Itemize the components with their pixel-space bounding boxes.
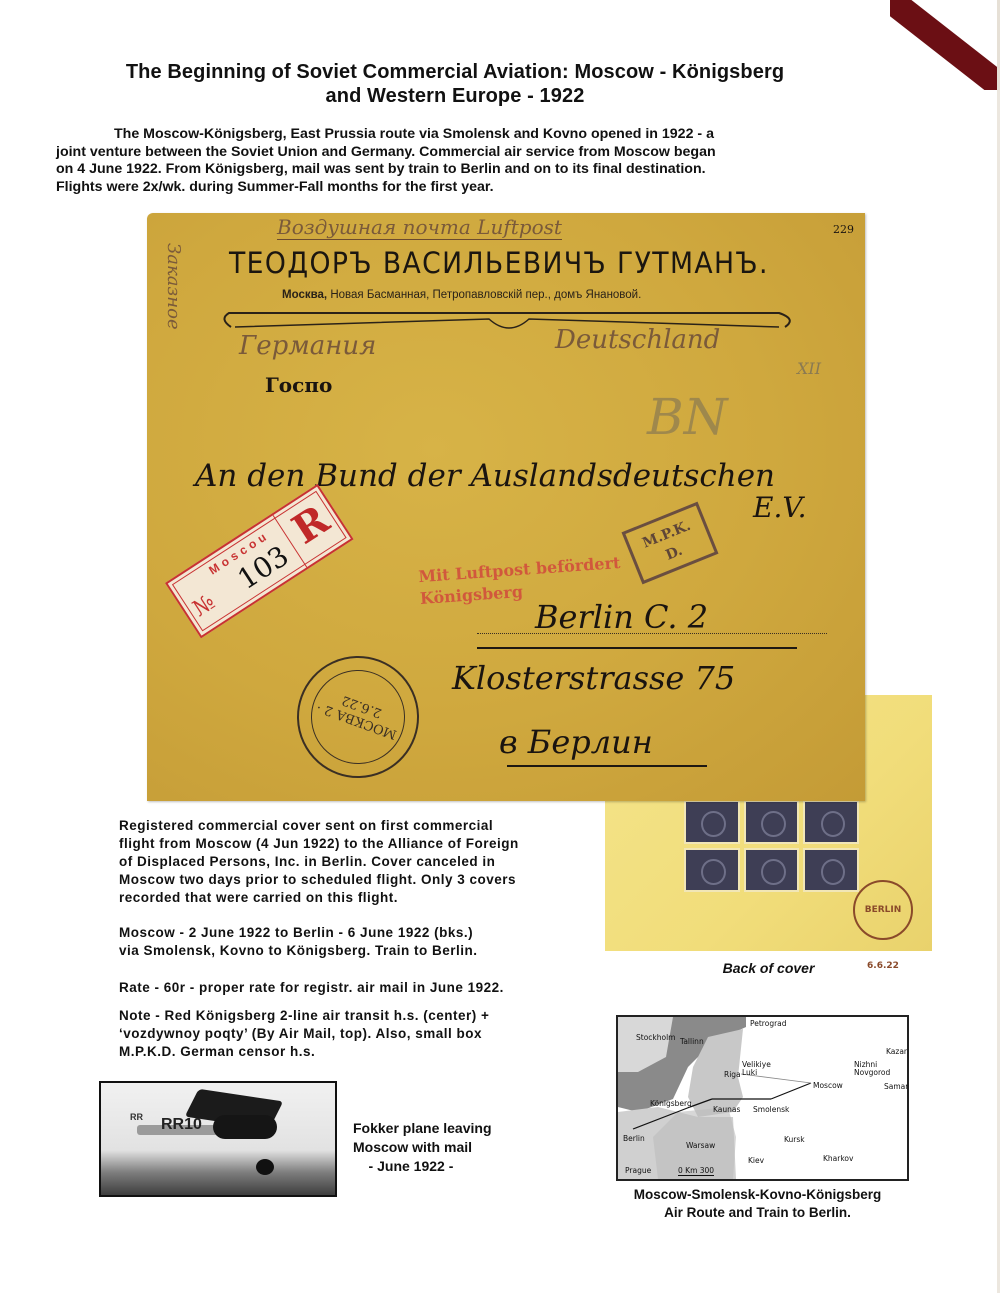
cover-front-image: Воздушная почта Luftpost 229 Заказное ТЕ… [147,213,865,801]
map-city-prague: Prague [625,1166,651,1175]
airmail-handwriting: Воздушная почта Luftpost [277,215,562,240]
title-line-1: The Beginning of Soviet Commercial Aviat… [0,60,910,84]
plane-engine [213,1115,277,1139]
pencil-initials: BN [647,388,728,446]
map-city-kharkov: Kharkov [823,1154,853,1163]
letterhead-street: Новая Басманная, Петропавловскій пер., д… [330,289,641,301]
map-city-petrograd: Petrograd [750,1019,787,1028]
map-caption-line-2: Air Route and Train to Berlin. [600,1204,915,1222]
plane-tail-mark: RR [130,1112,143,1122]
description-paragraph-2: Moscow - 2 June 1922 to Berlin - 6 June … [119,924,599,960]
description-note: Note - Red Königsberg 2-line air transit… [119,1007,599,1061]
stamp [744,848,800,892]
registration-label: Moscou № 103 R [165,484,354,638]
stamp [803,848,859,892]
map-scale: 0 Km 300 [678,1166,714,1176]
map-city-kiev: Kiev [748,1156,764,1165]
stamp [684,848,740,892]
intro-line-1: The Moscow-Königsberg, East Prussia rout… [114,126,714,142]
letterhead-address: Москва, Новая Басманная, Петропавловскій… [282,289,641,301]
map-city-velikiye-luki: Velikiye Luki [742,1061,782,1077]
letterhead-city: Москва, [282,289,327,301]
intro-line-4: Flights were 2x/wk. during Summer-Fall m… [56,179,906,197]
stamp-block [684,800,859,892]
description-paragraph-1: Registered commercial cover sent on firs… [119,817,599,907]
city-line: Berlin C. 2 [535,598,708,636]
intro-line-3: on 4 June 1922. From Königsberg, mail wa… [56,161,906,179]
moscow-postmark: МОСКВА 2 · 2.6.22 [280,639,436,795]
map-city-kursk: Kursk [784,1135,805,1144]
page-title: The Beginning of Soviet Commercial Aviat… [0,60,910,108]
map-city-kaunas: Kaunas [713,1105,740,1114]
stamp [684,800,740,844]
plane-wheel [256,1159,274,1175]
stamp [803,800,859,844]
plane-registration: RR10 [161,1116,202,1134]
berlin-postmark: BERLIN 6.6.22 [853,880,913,940]
addressee-line-1: An den Bund der Auslandsdeutschen [195,458,775,494]
registered-handwriting: Заказное [163,243,184,330]
map-caption: Moscow-Smolensk-Kovno-Königsberg Air Rou… [600,1186,915,1222]
letterhead-name: ТЕОДОРЪ ВАСИЛЬЕВИЧЪ ГУТМАНЪ. [229,246,769,280]
address-underline [477,647,797,649]
gospo-printed: Госпо [265,373,332,397]
map-city-warsaw: Warsaw [686,1141,715,1150]
street-line: Klosterstrasse 75 [452,659,735,697]
map-city-smolensk: Smolensk [753,1105,789,1114]
map-city-tallinn: Tallinn [680,1037,704,1046]
map-city-nizhni-novgorod: Nizhni Novgorod [854,1061,899,1077]
intro-line-2: joint venture between the Soviet Union a… [56,144,906,162]
address-dotted-line [477,633,827,634]
map-city-riga: Riga [724,1070,741,1079]
cover-number: 229 [833,223,854,236]
photo-caption: Fokker plane leaving Moscow with mail - … [353,1119,492,1176]
addressee-line-2: E.V. [753,491,807,524]
back-cover-caption: Back of cover [605,960,932,976]
stamp [744,800,800,844]
ru-city-line: в Берлин [499,723,653,761]
country-ru: Германия [239,331,376,361]
fokker-plane-photo: RR10 RR [99,1081,337,1197]
censor-box-handstamp: M.P.K. D. [621,502,718,585]
intro-paragraph: The Moscow-Königsberg, East Prussia rout… [56,126,906,196]
map-city-stockholm: Stockholm [636,1033,676,1042]
route-map: Petrograd Stockholm Tallinn Velikiye Luk… [616,1015,909,1181]
map-city-samara: Samara [884,1082,909,1091]
description-paragraph-3: Rate - 60r - proper rate for registr. ai… [119,979,599,997]
map-caption-line-1: Moscow-Smolensk-Kovno-Königsberg [600,1186,915,1204]
country-de: Deutschland [555,325,720,355]
map-city-kazan: Kazan [886,1047,909,1056]
ru-city-underline [507,765,707,767]
map-city-moscow: Moscow [813,1081,843,1090]
title-line-2: and Western Europe - 1922 [0,84,910,108]
pencil-mark: XII [797,359,821,378]
map-city-berlin: Berlin [623,1134,645,1143]
map-city-konigsberg: Königsberg [650,1099,692,1108]
